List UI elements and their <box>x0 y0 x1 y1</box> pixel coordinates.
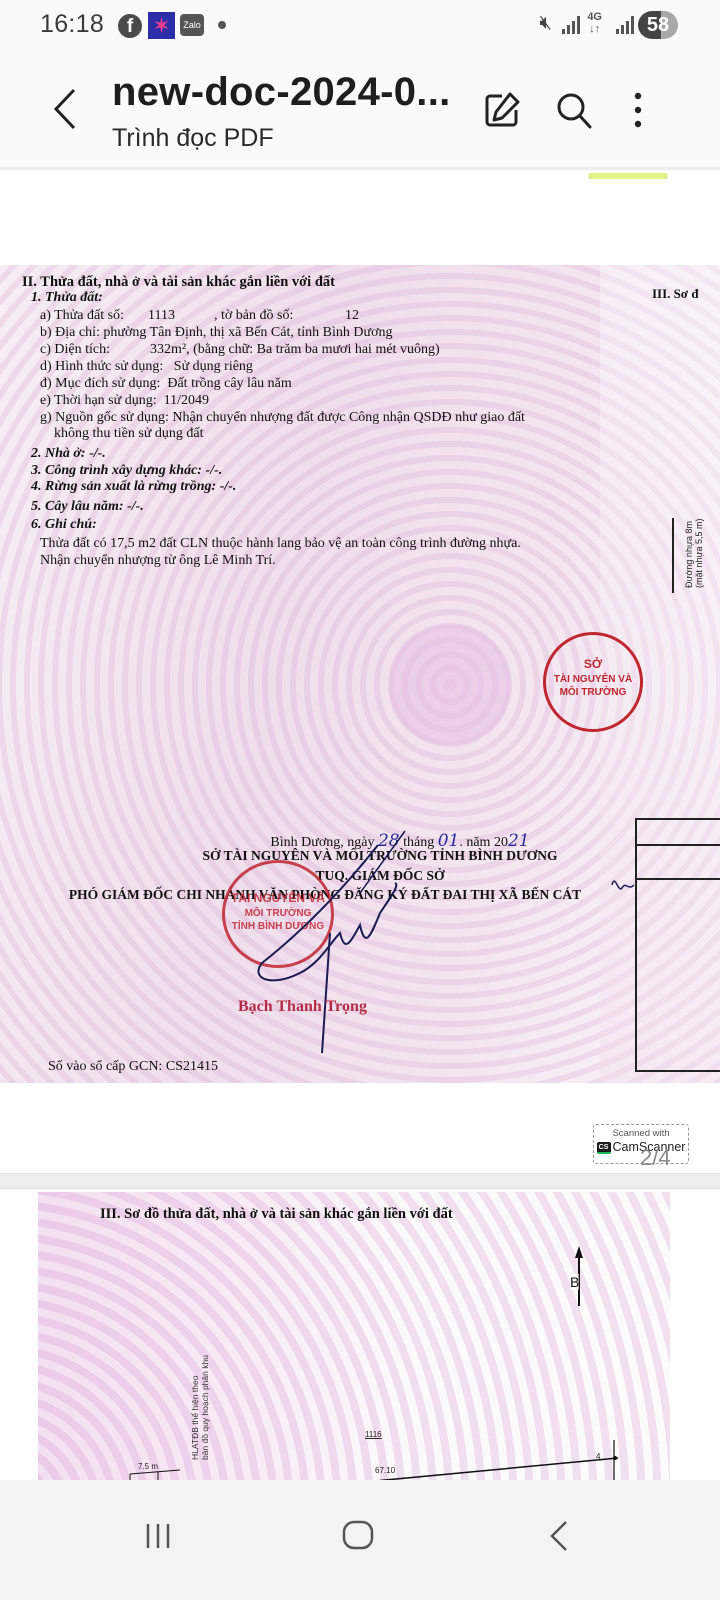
signal-icon-2 <box>616 16 636 34</box>
signal-icon <box>562 16 582 34</box>
note-line-1: Thửa đất có 17,5 m2 đất CLN thuộc hành l… <box>40 536 521 552</box>
signer-name: Bạch Thanh Trọng <box>238 998 367 1016</box>
home-icon <box>330 1506 390 1566</box>
screen: 16:18 f ✶ Zalo 🔇︎ 4G↓↑ 58 new-doc-2024-0… <box>0 0 720 1600</box>
pdf-viewer[interactable]: II. Thửa đất, nhà ở và tài sản khác gắn … <box>0 173 720 1480</box>
planning-note: HLATĐB thể hiện theobản đồ quy hoạch phâ… <box>190 1355 210 1460</box>
zalo-icon: Zalo <box>180 14 204 36</box>
network-type-label: 4G↓↑ <box>587 11 602 35</box>
official-seal: TÀI NGUYÊN VÀ MÔI TRƯỜNG TỈNH BÌNH DƯƠNG <box>222 860 334 968</box>
row-parcel-number: a) Thửa đất số: 1113 , tờ bản đồ số: 12 <box>40 308 124 324</box>
highlight-mark <box>588 173 668 179</box>
official-stamp: SỞ TÀI NGUYÊN VÀ MÔI TRƯỜNG <box>543 632 643 732</box>
row-address: b) Địa chỉ: phường Tân Định, thị xã Bến … <box>40 325 392 341</box>
recents-icon <box>130 1506 190 1566</box>
section-iii-title-partial: III. Sơ đ <box>652 286 699 302</box>
edit-button[interactable] <box>480 88 524 132</box>
search-button[interactable] <box>552 88 596 132</box>
org-line-2: TUQ. GIÁM ĐỐC SỞ <box>20 868 720 884</box>
document-subtitle: Trình đọc PDF <box>112 124 274 153</box>
row-origin-cont: không thu tiền sử dụng đất <box>54 426 204 442</box>
gcn-number: Số vào sổ cấp GCN: CS21415 <box>48 1059 218 1075</box>
more-notifications-dot-icon <box>218 21 226 29</box>
app-bar: new-doc-2024-0... Trình đọc PDF <box>0 52 720 170</box>
section-ii-title: II. Thửa đất, nhà ở và tài sản khác gắn … <box>22 274 335 291</box>
camscanner-logo-icon: CS <box>597 1142 611 1154</box>
note-line-2: Nhận chuyển nhượng từ ông Lê Minh Trí. <box>40 553 276 569</box>
edit-icon <box>480 88 524 132</box>
row-area: c) Diện tích: 332m², (bằng chữ: Ba trăm … <box>40 342 110 358</box>
row-usage-form: d) Hình thức sử dụng: Sử dụng riêng <box>40 359 253 375</box>
item-forest: 4. Rừng sản xuất là rừng trồng: -/-. <box>31 479 236 495</box>
item-notes-title: 6. Ghi chú: <box>31 517 97 533</box>
back-icon <box>530 1506 590 1566</box>
row-usage-purpose: đ) Mục đích sử dụng: Đất trồng cây lâu n… <box>40 376 292 392</box>
row-usage-term: e) Thời hạn sử dụng: 11/2049 <box>40 393 209 409</box>
system-nav-bar <box>0 1480 720 1600</box>
status-time: 16:18 <box>40 10 104 39</box>
org-line-1: SỞ TÀI NGUYÊN VÀ MÔI TRƯỜNG TỈNH BÌNH DƯ… <box>20 848 720 864</box>
more-vertical-icon <box>620 88 664 132</box>
system-back-button[interactable] <box>530 1506 590 1566</box>
recents-button[interactable] <box>130 1506 190 1566</box>
item-house: 2. Nhà ở: -/-. <box>31 446 106 462</box>
item-other-construction: 3. Công trình xây dựng khác: -/-. <box>31 463 222 479</box>
star-app-icon: ✶ <box>148 12 175 39</box>
subsection-title: 1. Thửa đất: <box>31 290 103 306</box>
pdf-page-1: II. Thửa đất, nhà ở và tài sản khác gắn … <box>0 173 720 1173</box>
chevron-left-icon <box>46 84 86 134</box>
facebook-icon: f <box>118 14 142 38</box>
home-button[interactable] <box>330 1506 390 1566</box>
battery-indicator: 58 <box>638 11 678 39</box>
parcel-boundary <box>0 1190 720 1480</box>
row-origin: g) Nguồn gốc sử dụng: Nhận chuyển nhượng… <box>40 410 525 426</box>
page-indicator: 2/4 <box>640 1145 671 1171</box>
item-perennial-trees: 5. Cây lâu năm: -/-. <box>31 499 144 515</box>
more-options-button[interactable] <box>620 88 664 132</box>
page-separator <box>0 1173 720 1189</box>
pdf-page-2: III. Sơ đồ thửa đất, nhà ở và tài sản kh… <box>0 1190 720 1480</box>
mute-icon: 🔇︎ <box>539 12 552 35</box>
org-line-3: PHÓ GIÁM ĐỐC CHI NHÁNH VĂN PHÒNG ĐĂNG KÝ… <box>0 887 685 903</box>
road-label: Đường nhựa 8m(mặt nhựa 5,5 m) <box>684 518 704 588</box>
back-button[interactable] <box>46 84 86 134</box>
document-title: new-doc-2024-0... <box>112 70 451 115</box>
search-icon <box>552 88 596 132</box>
status-bar: 16:18 f ✶ Zalo 🔇︎ 4G↓↑ 58 <box>0 0 720 52</box>
